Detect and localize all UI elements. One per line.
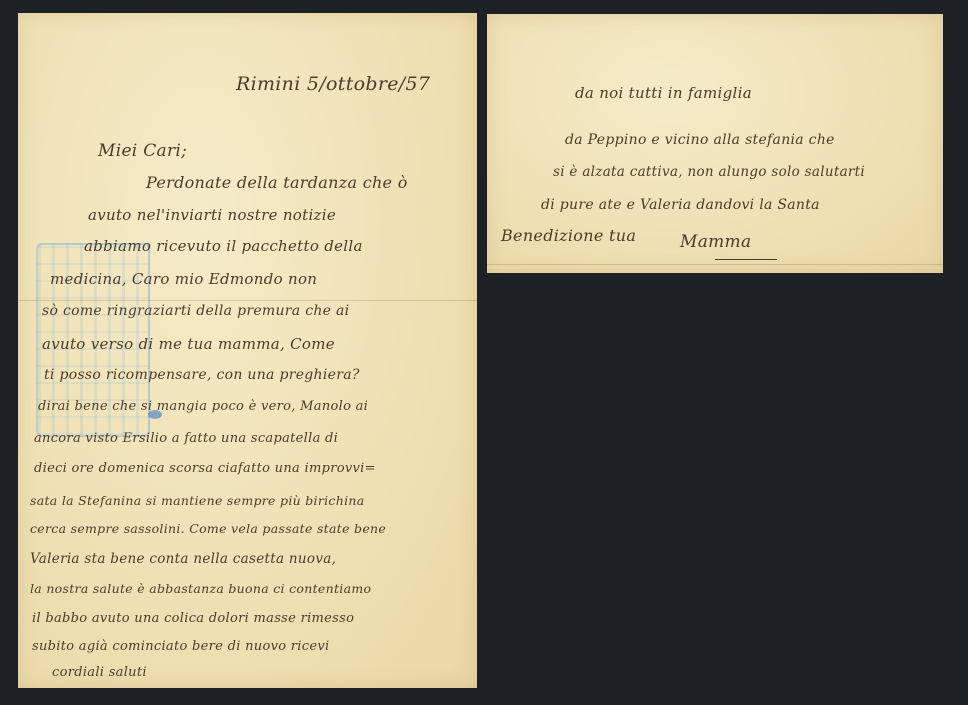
letter-line: Benedizione tua xyxy=(501,226,636,245)
letter-line: il babbo avuto una colica dolori masse r… xyxy=(32,611,354,626)
letter-line: subito agià cominciato bere di nuovo ric… xyxy=(32,639,329,654)
signature-underline xyxy=(715,259,777,260)
letter-line: di pure ate e Valeria dandovi la Santa xyxy=(541,197,820,213)
letter-line: avuto verso di me tua mamma, Come xyxy=(42,335,335,353)
paper-fold-line xyxy=(487,264,943,265)
letter-line: sata la Stefanina si mantiene sempre più… xyxy=(30,493,364,508)
letter-line: avuto nel'inviarti nostre notizie xyxy=(88,206,336,224)
place-date: Rimini 5/ottobre/57 xyxy=(236,73,430,95)
letter-page-left: Rimini 5/ottobre/57 Miei Cari; Perdonate… xyxy=(18,13,477,688)
letter-line: Perdonate della tardanza che ò xyxy=(146,173,408,192)
letter-line: ancora visto Ersilio a fatto una scapate… xyxy=(34,431,338,446)
letter-line: la nostra salute è abbastanza buona ci c… xyxy=(30,581,371,596)
letter-line: si è alzata cattiva, non alungo solo sal… xyxy=(553,164,865,180)
letter-line: dieci ore domenica scorsa ciafatto una i… xyxy=(34,461,376,476)
salutation: Miei Cari; xyxy=(98,141,187,161)
letter-line: medicina, Caro mio Edmondo non xyxy=(50,270,317,288)
letter-line: da Peppino e vicino alla stefania che xyxy=(565,132,835,148)
letter-line: cerca sempre sassolini. Come vela passat… xyxy=(30,521,386,536)
letter-line: da noi tutti in famiglia xyxy=(575,84,752,102)
letter-line: Valeria sta bene conta nella casetta nuo… xyxy=(30,551,336,567)
letter-line: ti posso ricompensare, con una preghiera… xyxy=(44,367,360,383)
letter-page-right: da noi tutti in famiglia da Peppino e vi… xyxy=(487,14,943,273)
closing: cordiali saluti xyxy=(52,665,147,680)
letter-line: abbiamo ricevuto il pacchetto della xyxy=(84,237,363,255)
letter-line: sò come ringraziarti della premura che a… xyxy=(42,303,349,319)
signature: Mamma xyxy=(680,232,751,252)
letter-line: dirai bene che si mangia poco è vero, Ma… xyxy=(38,399,368,414)
